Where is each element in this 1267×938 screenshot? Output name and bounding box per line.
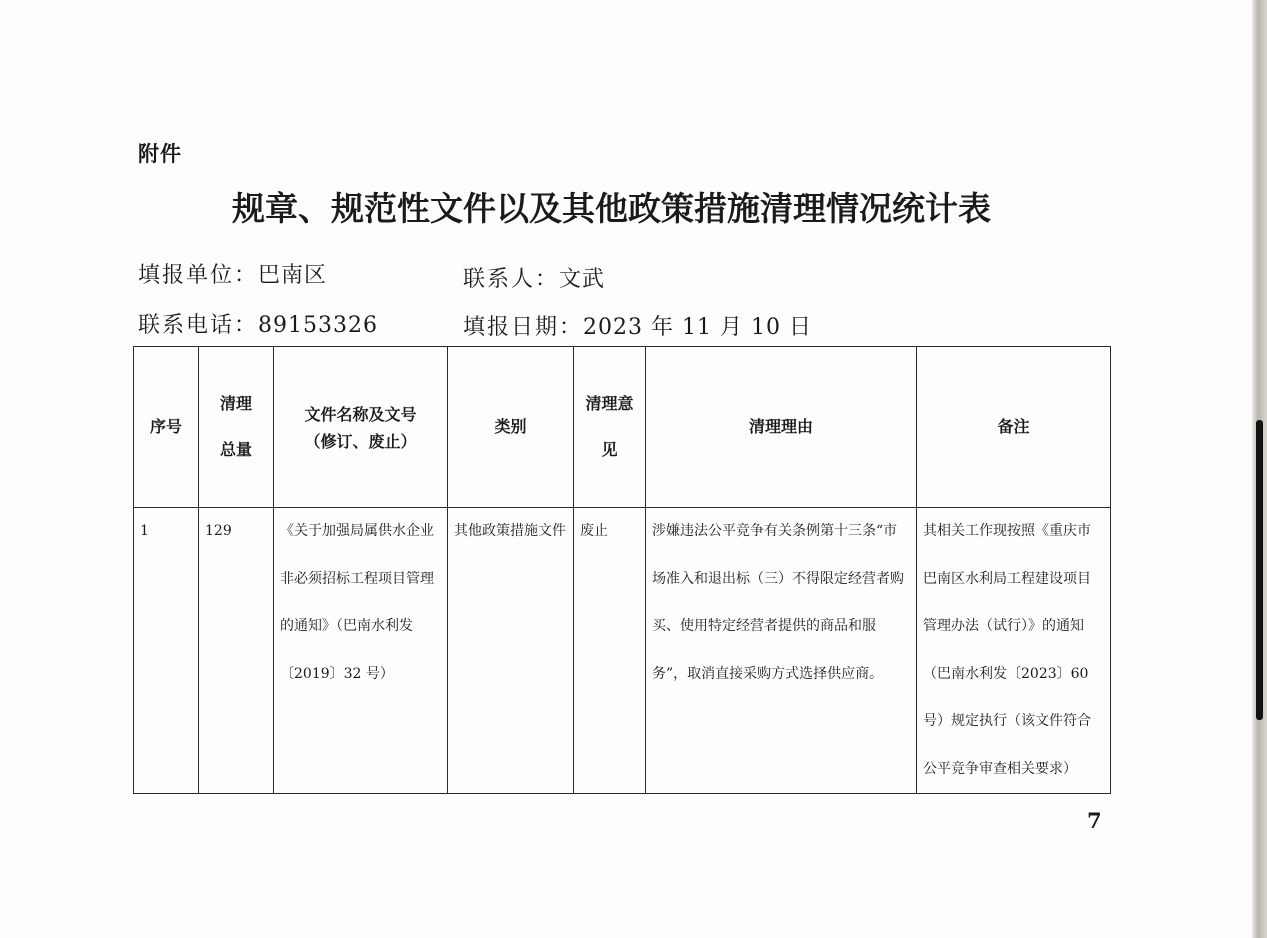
cell-reason: 涉嫌违法公平竞争有关条例第十三条“市场准入和退出标（三）不得限定经营者购买、使用… xyxy=(646,508,917,794)
header-total: 清理 总量 xyxy=(199,347,274,508)
cleanup-statistics-table: 序号 清理 总量 文件名称及文号 （修订、废止） 类别 清理意 见 清理理由 备… xyxy=(133,346,1111,794)
header-seq: 序号 xyxy=(134,347,199,508)
document-title: 规章、规范性文件以及其他政策措施清理情况统计表 xyxy=(232,183,1032,230)
cell-opinion: 废止 xyxy=(574,508,646,794)
report-date-value: 2023 年 11 月 10 日 xyxy=(583,315,812,340)
page-number: 7 xyxy=(1087,808,1102,833)
contact-phone: 联系电话：89153326 xyxy=(138,308,378,339)
header-opinion: 清理意 见 xyxy=(574,347,646,508)
report-date-label: 填报日期： xyxy=(463,315,583,340)
header-reason: 清理理由 xyxy=(646,347,917,508)
background-edge xyxy=(1256,420,1263,720)
table-row: 1 129 《关于加强局属供水企业非必须招标工程项目管理的通知》（巴南水利发〔2… xyxy=(134,508,1111,794)
contact-person-value: 文武 xyxy=(559,267,605,292)
contact-person: 联系人：文武 xyxy=(463,262,605,293)
table-header-row: 序号 清理 总量 文件名称及文号 （修订、废止） 类别 清理意 见 清理理由 备… xyxy=(134,347,1111,508)
reporting-unit-value: 巴南区 xyxy=(258,263,327,288)
cell-category: 其他政策措施文件 xyxy=(448,508,574,794)
cell-total: 129 xyxy=(199,508,274,794)
document-page: 附件 规章、规范性文件以及其他政策措施清理情况统计表 填报单位：巴南区 联系人：… xyxy=(0,0,1252,938)
header-file-name: 文件名称及文号 （修订、废止） xyxy=(274,347,448,508)
header-category: 类别 xyxy=(448,347,574,508)
reporting-unit: 填报单位：巴南区 xyxy=(138,258,327,289)
contact-phone-label: 联系电话： xyxy=(138,313,258,338)
cell-file-name: 《关于加强局属供水企业非必须招标工程项目管理的通知》（巴南水利发〔2019〕32… xyxy=(274,508,448,794)
report-date: 填报日期：2023 年 11 月 10 日 xyxy=(463,310,812,341)
header-note: 备注 xyxy=(917,347,1111,508)
cell-seq: 1 xyxy=(134,508,199,794)
contact-phone-value: 89153326 xyxy=(258,313,378,338)
attachment-label: 附件 xyxy=(138,138,182,168)
reporting-unit-label: 填报单位： xyxy=(138,263,258,288)
contact-person-label: 联系人： xyxy=(463,267,559,292)
cell-note: 其相关工作现按照《重庆市巴南区水利局工程建设项目管理办法（试行）》的通知（巴南水… xyxy=(917,508,1111,794)
